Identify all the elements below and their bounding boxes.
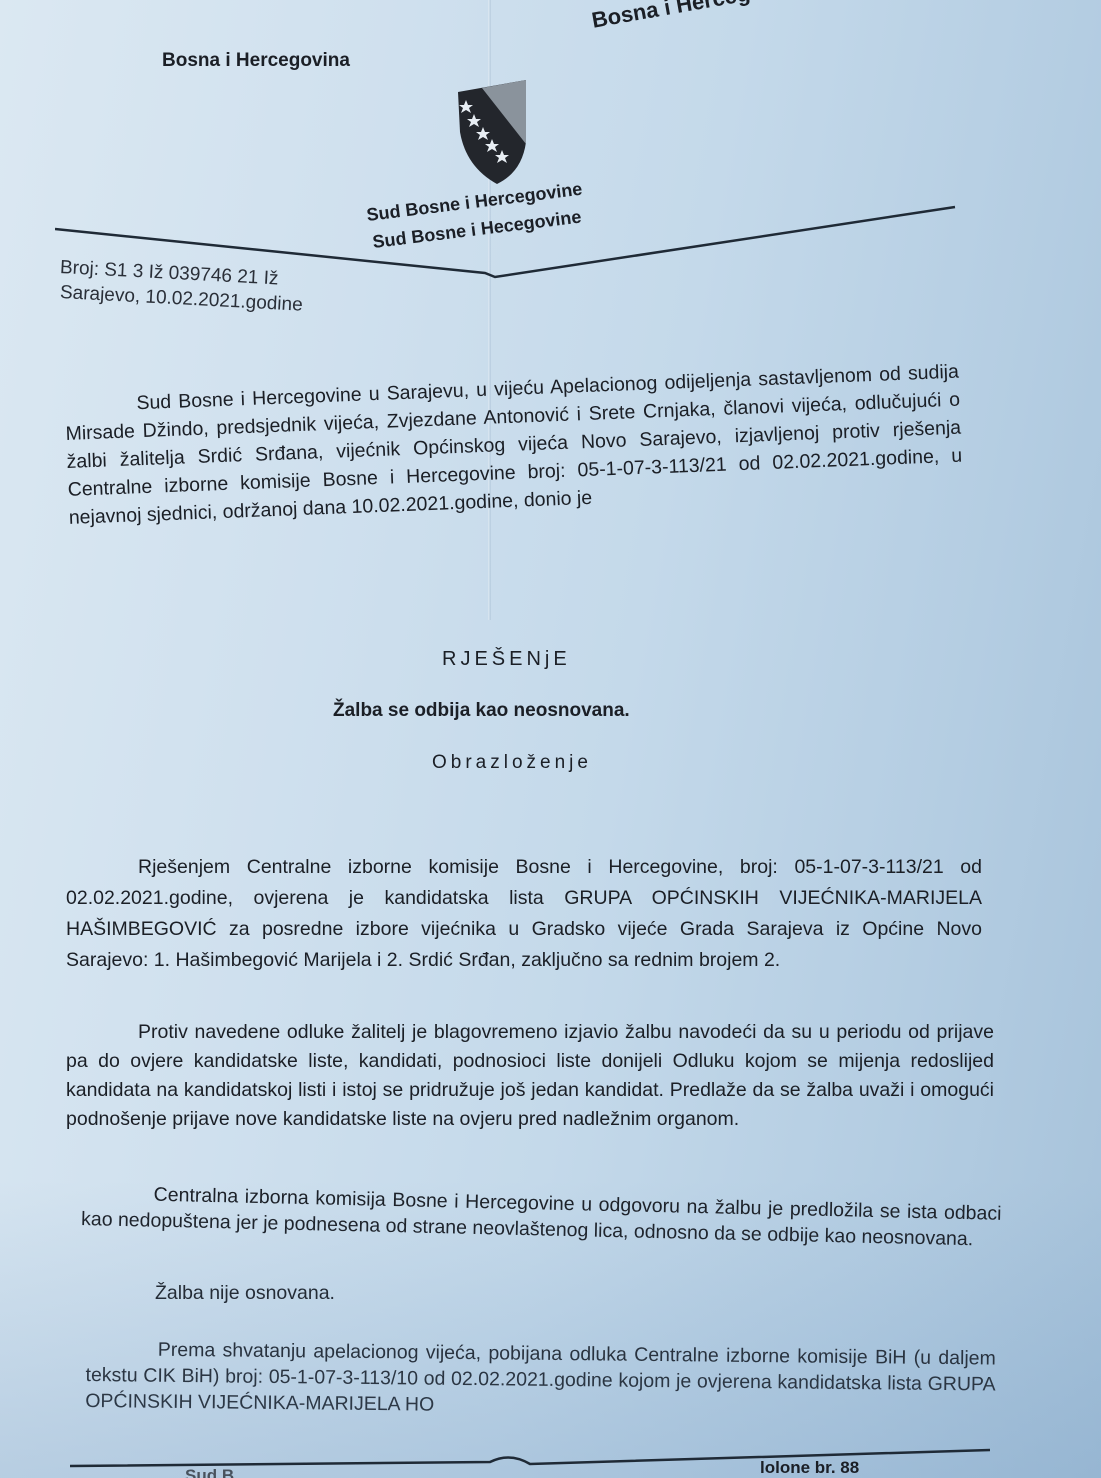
decision-ruling: Žalba se odbija kao neosnovana. — [333, 700, 630, 722]
letterhead-country-right: Bosna i Hercego — [590, 0, 765, 34]
reasoning-paragraph-2: Protiv navedene odluke žalitelj je blago… — [66, 1018, 994, 1134]
reasoning-paragraph-5: Prema shvatanju apelacionog vijeća, pobi… — [85, 1336, 996, 1424]
reasoning-title: Obrazloženje — [432, 752, 592, 774]
reasoning-paragraph-3: Centralna izborna komisija Bosne i Herce… — [81, 1180, 1002, 1253]
letterhead-country-left: Bosna i Hercegovina — [162, 50, 350, 72]
bih-coat-of-arms-icon — [452, 72, 532, 187]
reasoning-paragraph-1: Rješenjem Centralne izborne komisije Bos… — [66, 852, 982, 976]
reasoning-paragraph-4: Žalba nije osnovana. — [155, 1282, 335, 1305]
decision-title: RJEŠENjE — [442, 648, 571, 671]
intro-paragraph: Sud Bosne i Hercegovine u Sarajevu, u vi… — [64, 358, 964, 532]
footer-reference-partial: lolone br. 88 — [760, 1458, 859, 1478]
footer-court-partial: Sud B — [185, 1466, 234, 1478]
